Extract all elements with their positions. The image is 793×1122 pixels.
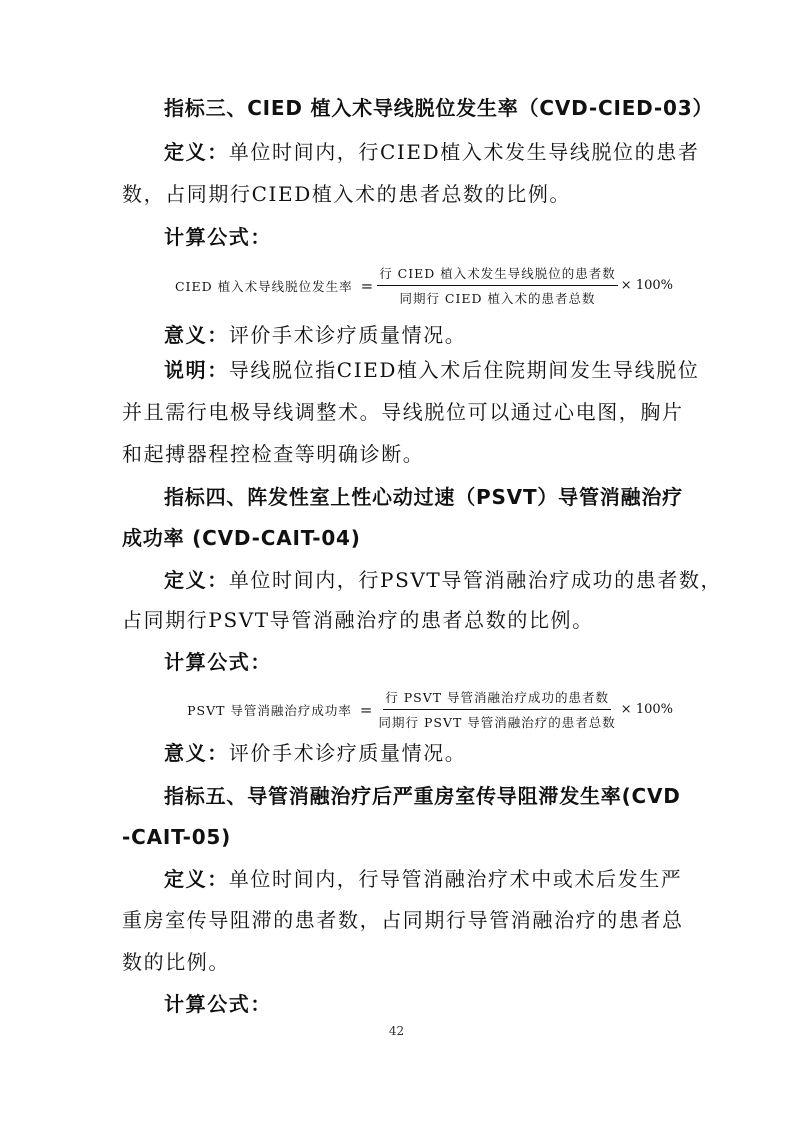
definition-text: 单位时间内，行PSVT导管消融治疗成功的患者数，: [229, 568, 722, 592]
formula-lhs: PSVT 导管消融治疗成功率: [187, 701, 352, 719]
formula-fraction: 行 PSVT 导管消融治疗成功的患者数 同期行 PSVT 导管消融治疗的患者总数: [377, 688, 618, 731]
formula-equals: =: [361, 277, 374, 295]
formula-equals: =: [360, 701, 373, 719]
section-title-cait-04-cont: 成功率 (CVD-CAIT-04): [122, 524, 674, 552]
definition-label: 定义：: [164, 568, 229, 592]
note-paragraph: 说明：导线脱位指CIED植入术后住院期间发生导线脱位: [164, 356, 674, 384]
meaning-text: 评价手术诊疗质量情况。: [229, 323, 467, 347]
formula-numerator: 行 PSVT 导管消融治疗成功的患者数: [383, 688, 611, 710]
formula-cied-03: CIED 植入术导线脱位发生率 = 行 CIED 植入术发生导线脱位的患者数 同…: [175, 264, 673, 307]
note-label: 说明：: [164, 358, 229, 382]
definition-text: 单位时间内，行CIED植入术发生导线脱位的患者: [229, 140, 700, 164]
page-number: 42: [0, 1024, 793, 1038]
formula-multiplier: × 100%: [621, 702, 673, 717]
formula-cait-04: PSVT 导管消融治疗成功率 = 行 PSVT 导管消融治疗成功的患者数 同期行…: [187, 688, 673, 731]
meaning-paragraph: 意义：评价手术诊疗质量情况。: [164, 321, 674, 349]
definition-text: 单位时间内，行导管消融治疗术中或术后发生严: [229, 867, 683, 891]
formula-multiplier: × 100%: [621, 278, 673, 293]
note-text-cont: 并且需行电极导线调整术。导线脱位可以通过心电图，胸片: [122, 398, 674, 426]
formula-denominator: 同期行 CIED 植入术的患者总数: [397, 286, 597, 307]
definition-label: 定义：: [164, 140, 229, 164]
formula-label: 计算公式：: [164, 648, 674, 676]
definition-text-cont: 重房室传导阻滞的患者数，占同期行导管消融治疗的患者总: [122, 906, 674, 934]
section-title-cait-05: 指标五、导管消融治疗后严重房室传导阻滞发生率(CVD: [164, 782, 674, 810]
formula-label: 计算公式：: [164, 223, 674, 251]
section-title-cait-05-cont: -CAIT-05): [122, 823, 674, 851]
definition-text-cont: 数，占同期行CIED植入术的患者总数的比例。: [122, 180, 674, 208]
meaning-label: 意义：: [164, 741, 229, 765]
definition-paragraph: 定义：单位时间内，行导管消融治疗术中或术后发生严: [164, 865, 674, 893]
formula-label: 计算公式：: [164, 990, 674, 1018]
formula-numerator: 行 CIED 植入术发生导线脱位的患者数: [377, 264, 618, 286]
section-title-cait-04: 指标四、阵发性室上性心动过速（PSVT）导管消融治疗: [164, 483, 674, 511]
definition-label: 定义：: [164, 867, 229, 891]
formula-denominator: 同期行 PSVT 导管消融治疗的患者总数: [377, 710, 618, 731]
meaning-text: 评价手术诊疗质量情况。: [229, 741, 467, 765]
meaning-label: 意义：: [164, 323, 229, 347]
definition-paragraph: 定义：单位时间内，行CIED植入术发生导线脱位的患者: [164, 138, 674, 166]
definition-paragraph: 定义：单位时间内，行PSVT导管消融治疗成功的患者数，: [164, 566, 674, 594]
note-text: 导线脱位指CIED植入术后住院期间发生导线脱位: [229, 358, 700, 382]
meaning-paragraph: 意义：评价手术诊疗质量情况。: [164, 739, 674, 767]
document-page: 指标三、CIED 植入术导线脱位发生率（CVD-CIED-03） 定义：单位时间…: [0, 0, 793, 1122]
formula-lhs: CIED 植入术导线脱位发生率: [175, 277, 353, 295]
note-text-cont: 和起搏器程控检查等明确诊断。: [122, 440, 674, 468]
formula-fraction: 行 CIED 植入术发生导线脱位的患者数 同期行 CIED 植入术的患者总数: [377, 264, 618, 307]
definition-text-cont: 数的比例。: [122, 948, 674, 976]
section-title-cied-03: 指标三、CIED 植入术导线脱位发生率（CVD-CIED-03）: [164, 94, 674, 122]
definition-text-cont: 占同期行PSVT导管消融治疗的患者总数的比例。: [122, 606, 674, 634]
